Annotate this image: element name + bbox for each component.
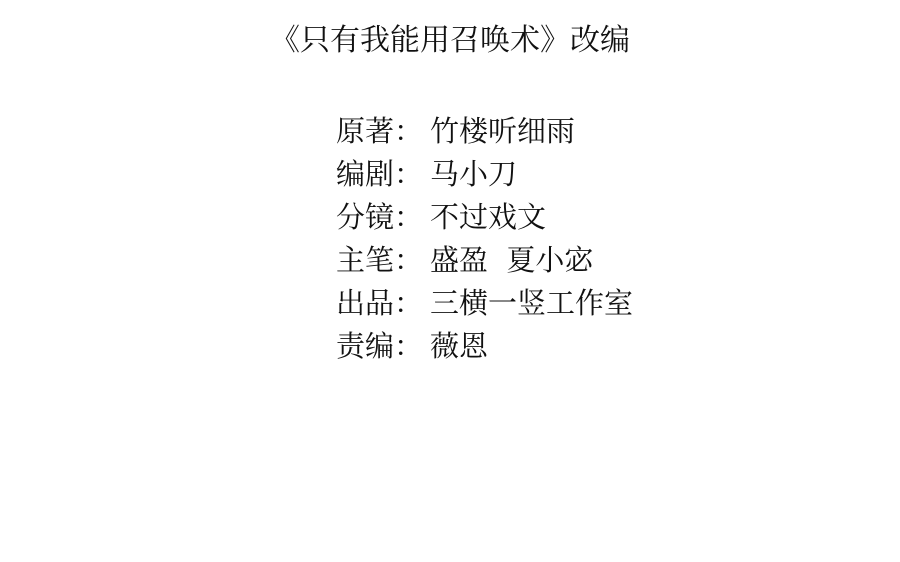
credit-label: 责编： <box>336 324 430 365</box>
credit-value: 三横一竖工作室 <box>430 281 633 322</box>
page-title: 《只有我能用召唤术》改编 <box>0 20 900 62</box>
credit-label: 出品： <box>336 281 430 322</box>
credit-label: 主笔： <box>336 238 430 279</box>
credit-lead-artist: 主笔： 盛盈 夏小宓 <box>336 237 633 280</box>
credit-label: 编剧： <box>336 152 430 193</box>
credit-label: 原著： <box>336 109 430 150</box>
credit-storyboard: 分镜： 不过戏文 <box>336 194 633 237</box>
credit-value: 不过戏文 <box>430 195 546 236</box>
credit-value: 马小刀 <box>430 152 517 193</box>
credit-producer: 出品： 三横一竖工作室 <box>336 280 633 323</box>
credit-label: 分镜： <box>336 195 430 236</box>
credit-value: 盛盈 夏小宓 <box>430 238 593 279</box>
credit-screenwriter: 编剧： 马小刀 <box>336 151 633 194</box>
credit-value: 薇恩 <box>430 324 488 365</box>
credit-value: 竹楼听细雨 <box>430 109 575 150</box>
credits-list: 原著： 竹楼听细雨 编剧： 马小刀 分镜： 不过戏文 主笔： 盛盈 夏小宓 出品… <box>336 108 633 366</box>
credit-original-author: 原著： 竹楼听细雨 <box>336 108 633 151</box>
credit-editor: 责编： 薇恩 <box>336 323 633 366</box>
